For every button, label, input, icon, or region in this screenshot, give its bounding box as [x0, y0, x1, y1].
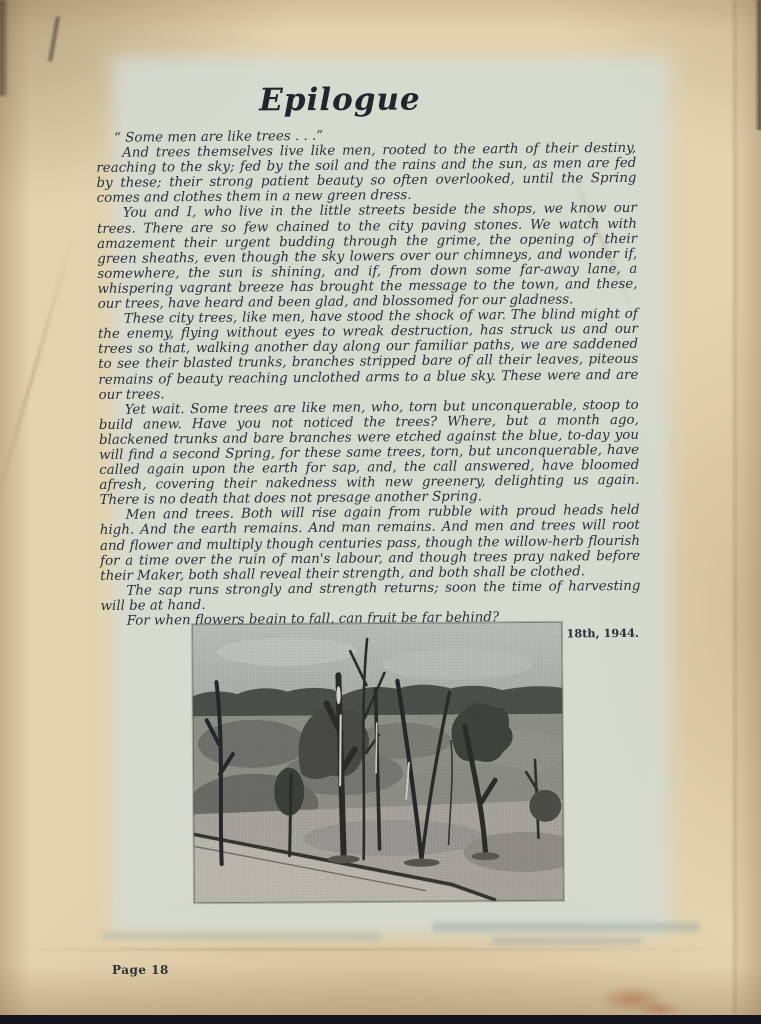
paper-sheet: Epilogue “ Some men are like trees . . .…	[0, 0, 761, 1015]
paragraph: These city trees, like men, have stood t…	[98, 307, 639, 403]
rust-stain	[636, 1002, 682, 1016]
ghost-showthrough-text	[492, 937, 642, 945]
photograph	[192, 622, 564, 904]
top-left-edge-shadow	[0, 0, 9, 96]
page-number-label: Page 18	[112, 963, 169, 977]
bottom-crease	[0, 948, 761, 951]
top-left-ink-mark	[48, 16, 60, 62]
vertical-fold-crease	[733, 0, 737, 1015]
paragraph: Men and trees. Both will rise again from…	[100, 503, 641, 584]
paragraph: You and I, who live in the little street…	[97, 201, 638, 312]
scanned-page: { "page": { "title": "Epilogue", "paragr…	[0, 0, 761, 1024]
diagonal-crease	[0, 235, 74, 524]
blasted-trees-photo	[192, 622, 564, 904]
paragraph: And trees themselves live like men, root…	[96, 141, 637, 207]
page-title: Epilogue	[0, 80, 680, 120]
paragraph: Yet wait. Some trees are like men, who, …	[99, 397, 640, 508]
rust-stain	[598, 985, 668, 1013]
halftone-overlay	[192, 622, 564, 904]
top-right-edge-shadow	[755, 0, 761, 130]
body-text: “ Some men are like trees . . .”And tree…	[96, 126, 641, 646]
